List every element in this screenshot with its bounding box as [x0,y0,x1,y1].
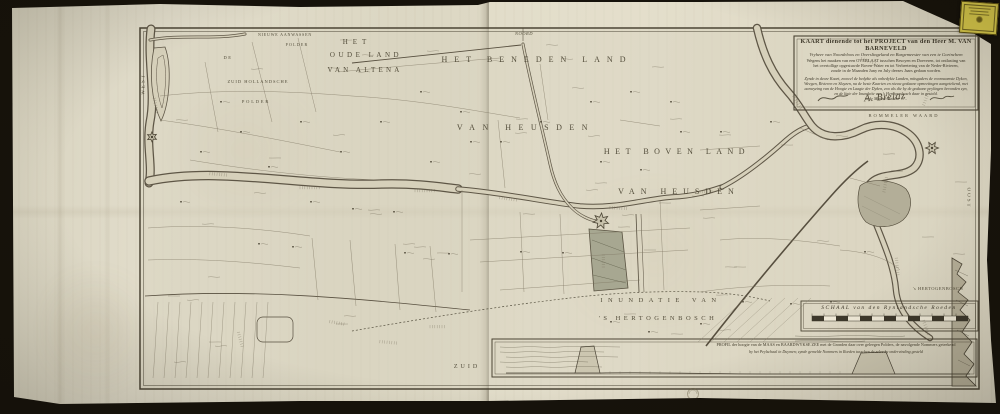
title-paragraph-1: Zynde in deeze Kaart, zoowel de bedykte … [796,76,976,81]
city-label-den-bosch: 's HERTOGENBOSCH [913,286,964,291]
scanned-map-sheet: HET OUDE LAND VAN ALTENA HET BENEDEN LAN… [0,0,1000,414]
map-title: KAART dienende tot het PROJECT van den H… [796,38,976,52]
sticker-text-line [970,10,988,12]
region-label-bovenland: HET BOVEN LAND [604,147,750,156]
region-label-benedenland: HET BENEDEN LAND [442,55,633,64]
inundation-label-1: INUNDATIE VAN [600,297,721,304]
archive-stamp [688,389,699,400]
scale-caption: SCHAAL van den Rynlandsche Roeden [821,305,956,311]
inundation-field [589,229,628,291]
paper-sheet: HET OUDE LAND VAN ALTENA HET BENEDEN LAN… [0,0,1000,414]
title-line5: zoude in de Maanden Juny en July deezes … [796,68,976,73]
region-label-benedenland-2: VAN HEUSDEN [457,123,595,132]
sticker-text-line [969,7,991,10]
region-label-altena-het: HET [343,38,372,46]
polder-label-polder: POLDER [242,99,270,104]
profile-title: PROFIL der hoogte van de MAAS en BAARDWY… [717,342,956,347]
lake [858,181,911,227]
compass-south: ZUID [454,364,480,370]
compass-west: WEST [142,73,147,95]
title-paragraph-3: aanwyzing van de Hoogte en Laagte der Dy… [796,86,976,91]
sticker-frame [962,4,996,32]
sticker-emblem-icon [975,16,982,23]
polder-label-nieuwe-2: POLDER [286,42,309,47]
compass-north: NOORD [515,31,533,36]
polder-label-nieuwe: NIEUWE AANWASSEN [258,32,312,37]
region-label-bovenland-2: VAN HEUSDEN [618,187,740,196]
collection-sticker [959,1,999,36]
compass-east: OOST [966,187,971,208]
title-paragraph-2: Weegen, Rivieren en Sluyzen, na de beste… [796,81,976,86]
region-label-altena-oude: OUDE LAND [330,51,402,59]
region-label-bommelerwaard: BOMMELER WAARD [868,113,939,118]
polder-label-de: DE [224,55,233,60]
polder-label-zuidhollandsche: ZUID HOLLANDSCHE [227,79,288,84]
inundation-label-2: 'S HERTOGENBOSCH [599,315,718,322]
region-label-altena-van: VAN ALTENA [328,66,403,74]
profile-subtitle: by het Peylschaal in Duymen; zynde gemel… [749,349,923,354]
